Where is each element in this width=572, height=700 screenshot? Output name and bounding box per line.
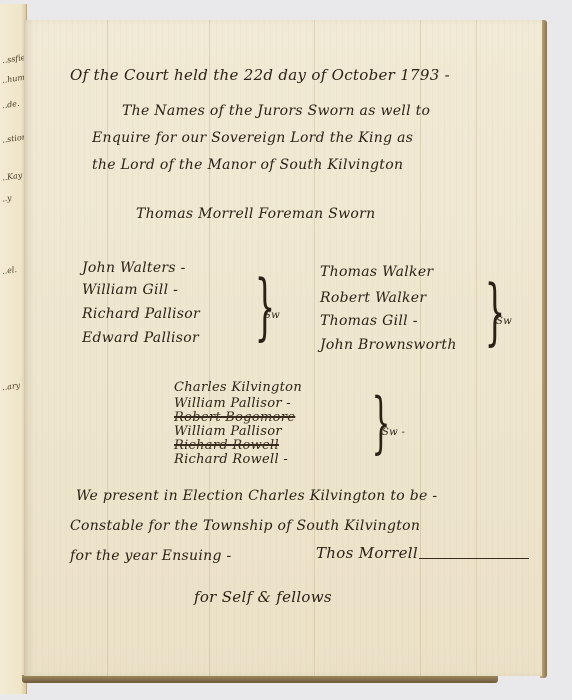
facing-page-fragment: ..y	[1, 193, 12, 203]
juror-name: John Brownsworth	[320, 337, 457, 353]
manuscript-page: Of the Court held the 22d day of October…	[24, 20, 542, 676]
facing-page-fragment: ..Kay	[1, 171, 22, 183]
signature-note: for Self & fellows	[194, 588, 332, 606]
intro-line: the Lord of the Manor of South Kilvingto…	[92, 157, 403, 173]
presentment-line: We present in Election Charles Kilvingto…	[76, 488, 437, 504]
juror-name: William Gill -	[82, 282, 178, 298]
presentment-line: Constable for the Township of South Kilv…	[70, 518, 420, 534]
officer-name: Richard Rowell -	[174, 452, 288, 467]
signature: Thos Morrell	[316, 544, 418, 562]
sworn-mark: Sw	[496, 316, 512, 327]
juror-name: Thomas Walker	[320, 264, 433, 280]
sworn-mark: Sw	[264, 310, 280, 321]
sworn-mark: Sw -	[382, 427, 405, 438]
facing-page-edge: ..ssfiers ..hum.. ..de. ..stion ..Kay ..…	[0, 4, 27, 694]
officer-name: William Pallisor	[174, 424, 282, 439]
brace-right-jury: }	[485, 275, 506, 347]
intro-line: The Names of the Jurors Sworn as well to	[122, 103, 430, 119]
juror-name: Thomas Gill -	[320, 313, 418, 329]
brace-left-jury: }	[255, 270, 276, 342]
facing-page-fragment: ..ary	[1, 381, 20, 392]
intro-line: Enquire for our Sovereign Lord the King …	[92, 130, 413, 146]
presentment-line: for the year Ensuing -	[70, 548, 232, 564]
court-heading: Of the Court held the 22d day of October…	[70, 66, 450, 84]
juror-name: Robert Walker	[320, 290, 426, 306]
facing-page-fragment: ..el.	[1, 265, 17, 276]
chain-line	[476, 20, 477, 676]
foreman-line: Thomas Morrell Foreman Sworn	[136, 206, 375, 222]
brace-officers: }	[372, 390, 391, 456]
officer-name: Charles Kilvington	[174, 380, 302, 395]
juror-name: Richard Pallisor	[82, 306, 200, 322]
juror-name: John Walters -	[82, 260, 186, 276]
officer-name-struck: Robert Bogomore	[174, 410, 295, 425]
chain-line	[107, 20, 108, 676]
book-bottom-edge	[22, 675, 498, 683]
officer-name-struck: Richard Rowell	[174, 438, 279, 453]
juror-name: Edward Pallisor	[82, 330, 199, 346]
officer-name: William Pallisor -	[174, 396, 291, 411]
signature-flourish	[419, 558, 529, 559]
facing-page-fragment: ..de.	[1, 99, 20, 110]
